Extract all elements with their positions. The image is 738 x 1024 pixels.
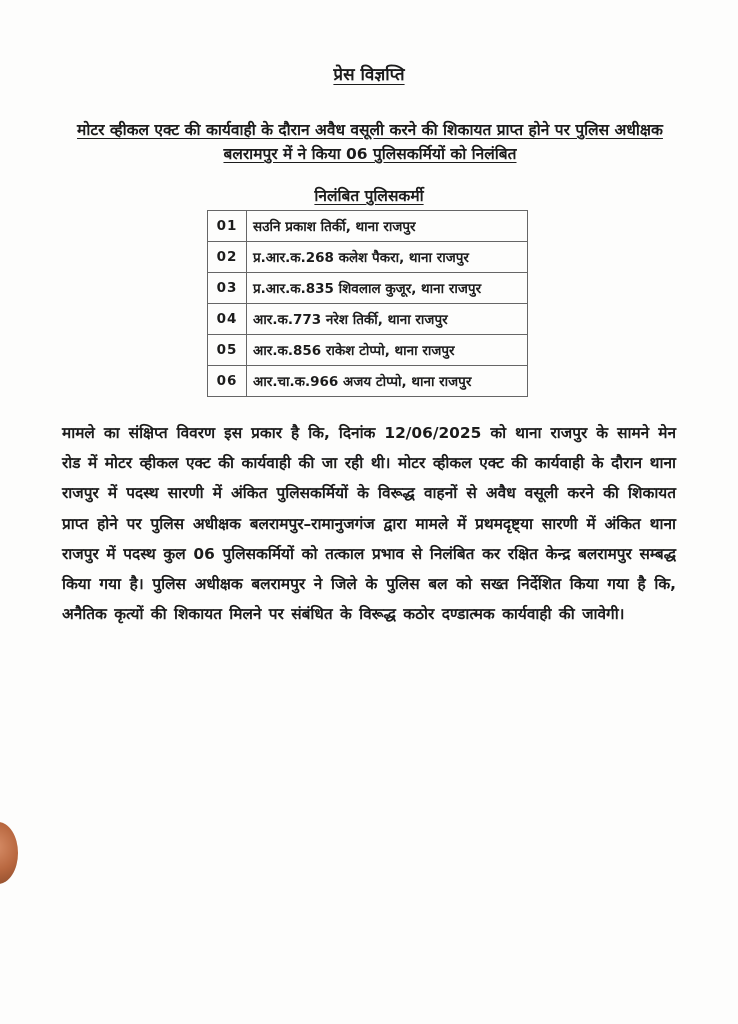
serial-cell: 05 [208, 335, 247, 366]
body-paragraph: मामले का संक्षिप्त विवरण इस प्रकार है कि… [62, 418, 676, 629]
serial-cell: 03 [208, 273, 247, 304]
details-cell: सउनि प्रकाश तिर्की, थाना राजपुर [247, 211, 528, 242]
serial-cell: 06 [208, 366, 247, 397]
suspended-personnel-table: 01 सउनि प्रकाश तिर्की, थाना राजपुर 02 प्… [207, 210, 528, 397]
serial-cell: 04 [208, 304, 247, 335]
details-cell: आर.क.856 राकेश टोप्पो, थाना राजपुर [247, 335, 528, 366]
details-cell: आर.क.773 नरेश तिर्की, थाना राजपुर [247, 304, 528, 335]
details-cell: प्र.आर.क.268 कलेश पैकरा, थाना राजपुर [247, 242, 528, 273]
serial-cell: 02 [208, 242, 247, 273]
details-cell: आर.चा.क.966 अजय टोप्पो, थाना राजपुर [247, 366, 528, 397]
table-caption: निलंबित पुलिसकर्मी [0, 184, 738, 206]
table-row: 06 आर.चा.क.966 अजय टोप्पो, थाना राजपुर [208, 366, 528, 397]
table-row: 03 प्र.आर.क.835 शिवलाल कुजूर, थाना राजपु… [208, 273, 528, 304]
document-headline: मोटर व्हीकल एक्ट की कार्यवाही के दौरान अ… [70, 118, 670, 166]
finger-artifact [0, 822, 18, 884]
table-row: 05 आर.क.856 राकेश टोप्पो, थाना राजपुर [208, 335, 528, 366]
document-title: प्रेस विज्ञप्ति [0, 62, 738, 85]
table-row: 01 सउनि प्रकाश तिर्की, थाना राजपुर [208, 211, 528, 242]
details-cell: प्र.आर.क.835 शिवलाल कुजूर, थाना राजपुर [247, 273, 528, 304]
table-row: 04 आर.क.773 नरेश तिर्की, थाना राजपुर [208, 304, 528, 335]
press-release-page: प्रेस विज्ञप्ति मोटर व्हीकल एक्ट की कार्… [0, 0, 738, 1024]
table-row: 02 प्र.आर.क.268 कलेश पैकरा, थाना राजपुर [208, 242, 528, 273]
serial-cell: 01 [208, 211, 247, 242]
